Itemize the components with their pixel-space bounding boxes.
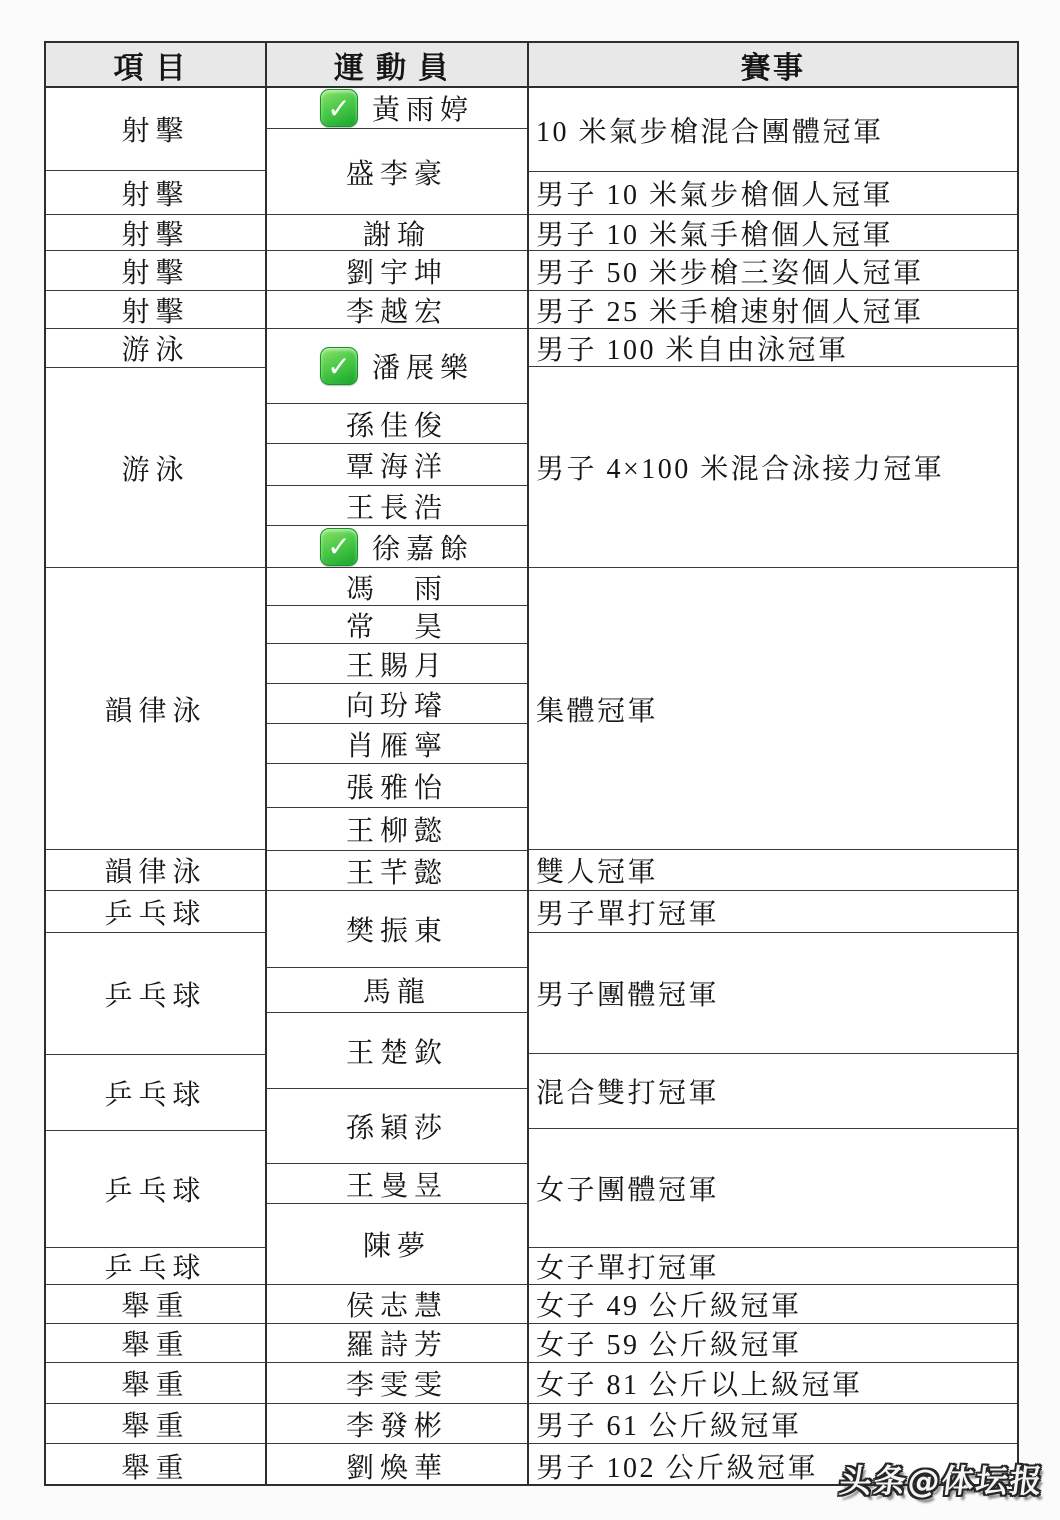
item-label: 韻律泳 <box>104 850 206 890</box>
medals-table: 項目射擊射擊射擊射擊射擊游泳游泳韻律泳韻律泳乒乓球乒乓球乒乓球乒乓球乒乓球舉重舉… <box>44 41 1019 1486</box>
check-icon <box>320 89 358 127</box>
athlete-name: 盛李豪 <box>346 152 448 192</box>
item-cell: 乒乓球 <box>46 1055 265 1131</box>
item-cell: 舉重 <box>46 1444 265 1486</box>
event-name: 女子單打冠軍 <box>536 1248 719 1285</box>
event-cell: 男子團體冠軍 <box>529 933 1017 1054</box>
item-label: 舉重 <box>121 1404 189 1444</box>
event-name: 男子 50 米步槍三姿個人冠軍 <box>536 251 924 291</box>
athlete-cell: 徐嘉餘 <box>267 526 527 568</box>
item-label: 乒乓球 <box>104 1169 206 1209</box>
athlete-cell: 王楚欽 <box>267 1013 527 1089</box>
event-cell: 男子 4×100 米混合泳接力冠軍 <box>529 367 1017 568</box>
athlete-cell: 馮 雨 <box>267 568 527 606</box>
item-label: 游泳 <box>121 329 189 368</box>
athlete-name: 王芊懿 <box>346 851 448 891</box>
athlete-cell: 謝瑜 <box>267 215 527 251</box>
event-cell: 10 米氣步槍混合團體冠軍 <box>529 88 1017 172</box>
athlete-name: 孫穎莎 <box>346 1106 448 1146</box>
athlete-cell: 侯志慧 <box>267 1285 527 1324</box>
event-cell: 女子 59 公斤級冠軍 <box>529 1324 1017 1363</box>
item-cell: 乒乓球 <box>46 1248 265 1285</box>
check-icon <box>320 528 358 566</box>
event-name: 男子單打冠軍 <box>536 892 719 932</box>
athlete-cell: 潘展樂 <box>267 329 527 404</box>
item-cell: 乒乓球 <box>46 933 265 1055</box>
athlete-cell: 樊振東 <box>267 891 527 968</box>
athlete-cell: 王長浩 <box>267 486 527 526</box>
athlete-cell: 馬龍 <box>267 968 527 1013</box>
athlete-name: 陳夢 <box>363 1224 431 1264</box>
athlete-cell: 羅詩芳 <box>267 1324 527 1363</box>
item-label: 韻律泳 <box>104 689 206 729</box>
athlete-cell: 李雯雯 <box>267 1363 527 1404</box>
athlete-name: 王柳懿 <box>346 809 448 849</box>
item-label: 乒乓球 <box>104 1248 206 1285</box>
event-cell: 男子 50 米步槍三姿個人冠軍 <box>529 251 1017 291</box>
athlete-cell: 黃雨婷 <box>267 88 527 129</box>
item-cell: 舉重 <box>46 1285 265 1324</box>
athlete-name: 潘展樂 <box>372 346 474 386</box>
event-cell: 女子 81 公斤以上級冠軍 <box>529 1363 1017 1404</box>
item-label: 乒乓球 <box>104 974 206 1014</box>
item-label: 射擊 <box>121 109 189 149</box>
event-name: 男子 102 公斤級冠軍 <box>536 1446 818 1486</box>
event-name: 女子 59 公斤級冠軍 <box>536 1324 802 1363</box>
athlete-name: 馬龍 <box>363 970 431 1010</box>
event-cell: 男子 61 公斤級冠軍 <box>529 1404 1017 1444</box>
athlete-cell: 張雅怡 <box>267 764 527 808</box>
event-cell: 男子 100 米自由泳冠軍 <box>529 329 1017 367</box>
event-cell: 男子 10 米氣步槍個人冠軍 <box>529 172 1017 215</box>
item-cell: 游泳 <box>46 329 265 368</box>
athlete-name: 張雅怡 <box>346 766 448 806</box>
event-cell: 男子 10 米氣手槍個人冠軍 <box>529 215 1017 251</box>
item-cell: 射擊 <box>46 171 265 215</box>
item-cell: 乒乓球 <box>46 1131 265 1248</box>
item-label: 游泳 <box>121 448 189 488</box>
athlete-name: 李雯雯 <box>346 1363 448 1403</box>
athlete-cell: 王賜月 <box>267 644 527 684</box>
athlete-name: 常 昊 <box>346 606 448 644</box>
athlete-cell: 王柳懿 <box>267 808 527 851</box>
athlete-cell: 陳夢 <box>267 1204 527 1285</box>
item-label: 射擊 <box>121 173 189 213</box>
event-name: 女子 81 公斤以上級冠軍 <box>536 1363 863 1403</box>
athlete-name: 李越宏 <box>346 291 448 329</box>
event-name: 女子團體冠軍 <box>536 1168 719 1208</box>
column-items: 項目射擊射擊射擊射擊射擊游泳游泳韻律泳韻律泳乒乓球乒乓球乒乓球乒乓球乒乓球舉重舉… <box>46 43 265 1484</box>
athlete-cell: 王芊懿 <box>267 851 527 891</box>
column-athletes: 運動員黃雨婷盛李豪謝瑜劉宇坤李越宏潘展樂孫佳俊覃海洋王長浩徐嘉餘馮 雨常 昊王賜… <box>265 43 527 1484</box>
item-label: 乒乓球 <box>104 1073 206 1113</box>
athlete-name: 王長浩 <box>346 486 448 526</box>
athlete-name: 樊振東 <box>346 909 448 949</box>
athlete-name: 馮 雨 <box>346 568 448 606</box>
item-label: 射擊 <box>121 215 189 251</box>
watermark: 头条@体坛报 <box>837 1456 1047 1502</box>
event-cell: 女子單打冠軍 <box>529 1248 1017 1285</box>
athlete-cell: 孫佳俊 <box>267 404 527 444</box>
item-cell: 射擊 <box>46 251 265 291</box>
event-cell: 男子單打冠軍 <box>529 891 1017 933</box>
athlete-name: 向玢璿 <box>346 684 448 724</box>
event-name: 雙人冠軍 <box>536 850 658 890</box>
athlete-name: 劉煥華 <box>346 1446 448 1486</box>
athlete-name: 王楚欽 <box>346 1031 448 1071</box>
column-header-events: 賽事 <box>529 43 1017 88</box>
event-cell: 女子 49 公斤級冠軍 <box>529 1285 1017 1324</box>
athlete-cell: 常 昊 <box>267 606 527 644</box>
event-name: 混合雙打冠軍 <box>536 1071 719 1111</box>
athlete-cell: 孫穎莎 <box>267 1089 527 1164</box>
event-name: 男子 100 米自由泳冠軍 <box>536 329 849 367</box>
athlete-name: 侯志慧 <box>346 1285 448 1324</box>
item-label: 舉重 <box>121 1324 189 1363</box>
athlete-name: 覃海洋 <box>346 445 448 485</box>
event-name: 10 米氣步槍混合團體冠軍 <box>536 110 884 150</box>
athlete-cell: 劉宇坤 <box>267 251 527 291</box>
event-name: 男子團體冠軍 <box>536 973 719 1013</box>
item-label: 舉重 <box>121 1446 189 1486</box>
athlete-name: 劉宇坤 <box>346 251 448 291</box>
item-label: 射擊 <box>121 251 189 291</box>
item-label: 舉重 <box>121 1285 189 1324</box>
athlete-cell: 王曼昱 <box>267 1164 527 1204</box>
column-header-athletes: 運動員 <box>267 43 527 88</box>
event-name: 男子 10 米氣步槍個人冠軍 <box>536 173 893 213</box>
item-label: 射擊 <box>121 291 189 329</box>
item-label: 舉重 <box>121 1363 189 1403</box>
event-name: 男子 61 公斤級冠軍 <box>536 1404 802 1444</box>
item-cell: 射擊 <box>46 291 265 329</box>
column-header-items: 項目 <box>46 43 265 88</box>
athlete-name: 謝瑜 <box>363 215 431 251</box>
athlete-name: 黃雨婷 <box>372 88 474 128</box>
athlete-name: 肖雁寧 <box>346 724 448 764</box>
athlete-name: 王曼昱 <box>346 1164 448 1204</box>
item-cell: 乒乓球 <box>46 891 265 933</box>
athlete-cell: 肖雁寧 <box>267 724 527 764</box>
event-name: 男子 25 米手槍速射個人冠軍 <box>536 291 924 329</box>
athlete-name: 李發彬 <box>346 1404 448 1444</box>
event-cell: 集體冠軍 <box>529 568 1017 850</box>
item-cell: 射擊 <box>46 215 265 251</box>
check-icon <box>320 347 358 385</box>
event-name: 女子 49 公斤級冠軍 <box>536 1285 802 1324</box>
athlete-name: 孫佳俊 <box>346 404 448 444</box>
item-cell: 韻律泳 <box>46 568 265 850</box>
page: 項目射擊射擊射擊射擊射擊游泳游泳韻律泳韻律泳乒乓球乒乓球乒乓球乒乓球乒乓球舉重舉… <box>0 0 1060 1520</box>
item-cell: 游泳 <box>46 368 265 568</box>
athlete-cell: 盛李豪 <box>267 129 527 215</box>
event-cell: 男子 25 米手槍速射個人冠軍 <box>529 291 1017 329</box>
item-label: 乒乓球 <box>104 892 206 932</box>
event-name: 男子 10 米氣手槍個人冠軍 <box>536 215 893 251</box>
athlete-name: 王賜月 <box>346 644 448 684</box>
athlete-cell: 劉煥華 <box>267 1444 527 1486</box>
event-name: 集體冠軍 <box>536 689 658 729</box>
event-cell: 女子團體冠軍 <box>529 1129 1017 1248</box>
event-name: 男子 4×100 米混合泳接力冠軍 <box>536 447 944 487</box>
athlete-cell: 覃海洋 <box>267 444 527 486</box>
athlete-cell: 李越宏 <box>267 291 527 329</box>
item-cell: 舉重 <box>46 1404 265 1444</box>
column-events: 賽事10 米氣步槍混合團體冠軍男子 10 米氣步槍個人冠軍男子 10 米氣手槍個… <box>527 43 1017 1484</box>
athlete-cell: 李發彬 <box>267 1404 527 1444</box>
event-cell: 混合雙打冠軍 <box>529 1054 1017 1129</box>
athlete-name: 羅詩芳 <box>346 1324 448 1363</box>
item-cell: 韻律泳 <box>46 850 265 891</box>
item-cell: 舉重 <box>46 1324 265 1363</box>
event-cell: 雙人冠軍 <box>529 850 1017 891</box>
item-cell: 舉重 <box>46 1363 265 1404</box>
athlete-name: 徐嘉餘 <box>372 527 474 567</box>
item-cell: 射擊 <box>46 88 265 171</box>
athlete-cell: 向玢璿 <box>267 684 527 724</box>
